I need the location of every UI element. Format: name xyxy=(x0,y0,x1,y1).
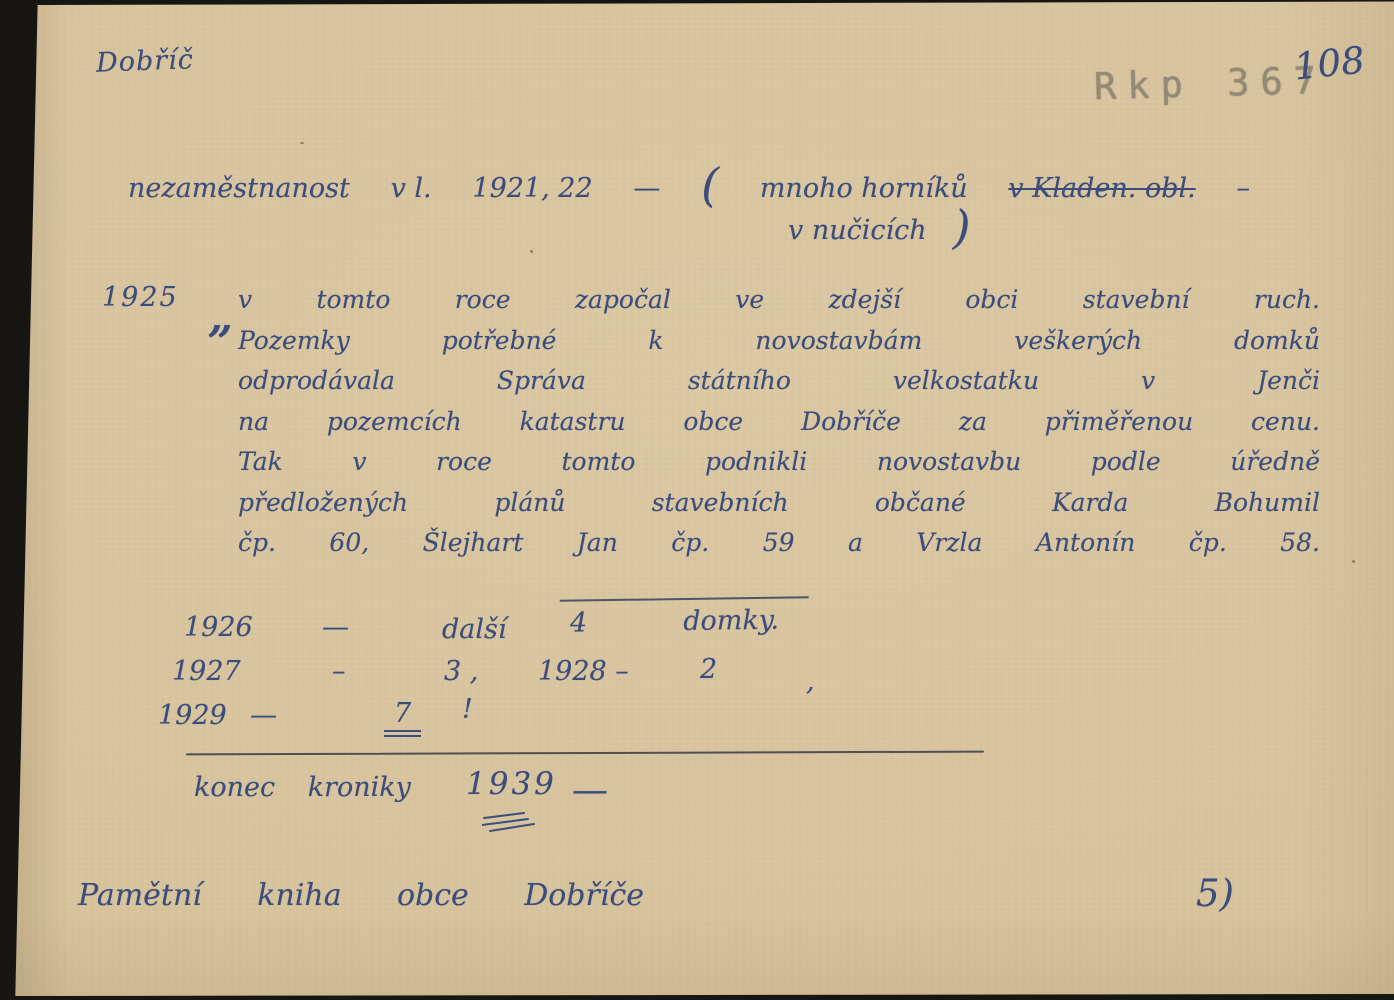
closing-text: konec kroniky xyxy=(194,772,411,803)
paragraph-line: čp. 60, Šlejhart Jan čp. 59 a Vrzla Anto… xyxy=(238,523,1320,564)
tally-1929-value: 7 xyxy=(384,698,421,737)
entry-paragraph: v tomto roce započal ve zdejší obci stav… xyxy=(238,280,1320,564)
closing-year: 1939 xyxy=(466,766,557,802)
open-parenthesis: ( xyxy=(701,162,719,208)
paragraph-line: v tomto roce započal ve zdejší obci stav… xyxy=(238,280,1320,321)
tally-1928-comma: , xyxy=(806,666,815,697)
paper-speck xyxy=(300,142,304,144)
heading-line-2: v nučicích ) xyxy=(788,200,971,246)
heading-line-1: nezaměstnanost v l. 1921, 22 — ( mnoho h… xyxy=(128,158,1250,204)
heading-dash-2: – xyxy=(1236,173,1250,204)
footnote-number: 5) xyxy=(1196,872,1234,915)
tally-1927-value: 3 , xyxy=(444,656,478,687)
tally-1928-value: 2 xyxy=(700,654,717,685)
tally-1929-mark: ! xyxy=(462,694,473,725)
paragraph-line: odprodávala Správa státního velkostatku … xyxy=(238,361,1320,402)
tally-1926-value: 4 xyxy=(570,607,588,638)
zigzag-flourish xyxy=(482,812,542,832)
tally-1927-dash: – xyxy=(332,656,346,687)
closing-dash: — xyxy=(572,770,608,811)
tally-1926-overlined-group: 4 domky. xyxy=(560,596,809,638)
source-citation: Pamětní kniha obce Dobříče xyxy=(78,878,644,913)
heading-nucice: v nučicích xyxy=(788,215,927,246)
paragraph-line: na pozemcích katastru obce Dobříče za př… xyxy=(238,402,1320,443)
heading-years: 1921, 22 xyxy=(472,173,592,204)
tally-1926-year: 1926 xyxy=(184,612,253,643)
tally-1926-dash: — xyxy=(322,612,349,643)
tally-1926-unit: domky. xyxy=(683,605,779,637)
close-parenthesis: ) xyxy=(953,204,971,250)
archive-stamp: Rkp 367 xyxy=(1093,59,1327,108)
paragraph-line: Pozemky potřebné k novostavbám veškerých… xyxy=(238,321,1320,362)
tally-1928-pair: 1928 – xyxy=(538,656,629,687)
place-name: Dobříč xyxy=(95,44,194,78)
page-number: 108 xyxy=(1292,38,1367,88)
paragraph-line: předložených plánů stavebních občané Kar… xyxy=(238,483,1320,524)
paragraph-line: Tak v roce tomto podnikli novostavbu pod… xyxy=(238,442,1320,483)
paper-speck xyxy=(1352,560,1355,563)
entry-year: 1925 xyxy=(102,282,179,313)
heading-word-years-abbrev: v l. xyxy=(391,173,432,204)
heading-word-unemployment: nezaměstnanost xyxy=(128,173,350,204)
tally-1927-year: 1927 xyxy=(172,656,241,687)
paper-speck xyxy=(530,250,533,253)
heading-dash: — xyxy=(633,173,660,204)
tally-1929-year: 1929 xyxy=(158,700,227,731)
tally-1926-label: další xyxy=(442,614,507,645)
open-quote-mark: „ xyxy=(208,292,233,343)
tally-1929-dash: — xyxy=(250,700,277,731)
heading-struck-text: v Kladen. obl. xyxy=(1008,173,1195,204)
